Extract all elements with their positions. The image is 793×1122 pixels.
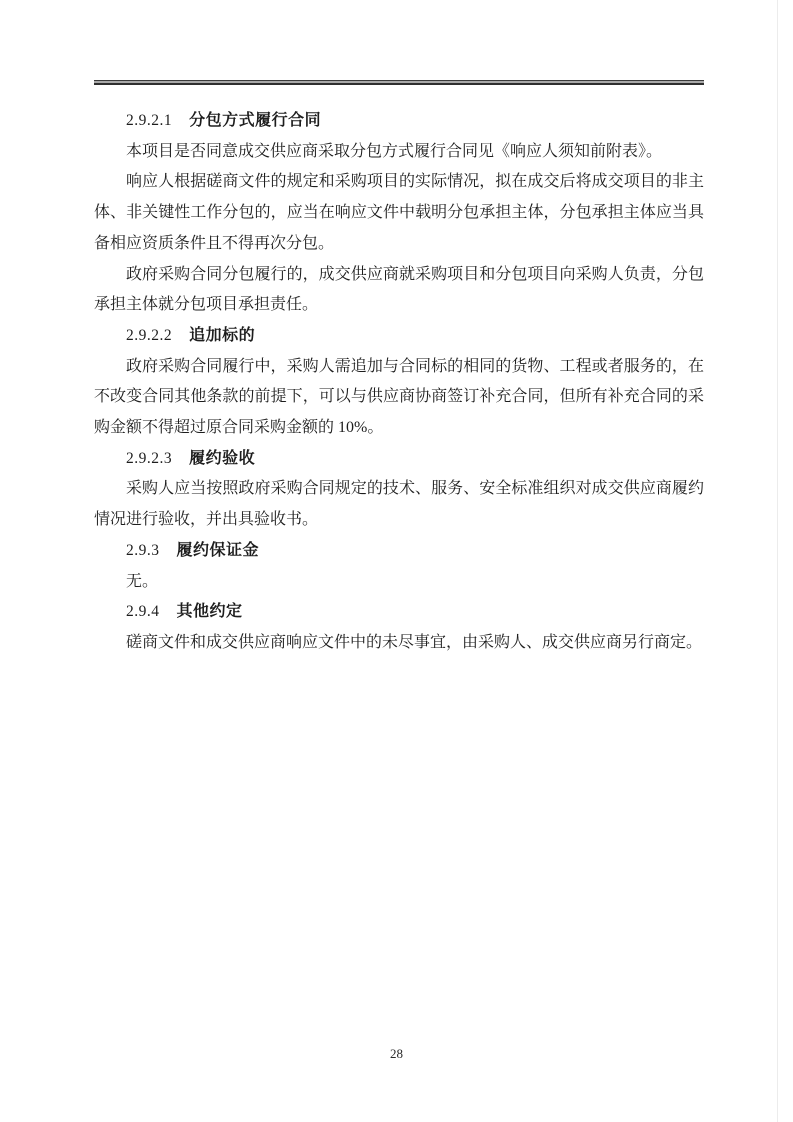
page-number: 28 xyxy=(0,1046,793,1062)
section-number: 2.9.2.2 xyxy=(126,327,172,344)
header-divider-rule xyxy=(94,80,704,85)
section-title: 追加标的 xyxy=(189,327,255,344)
document-body: 2.9.2.1分包方式履行合同 本项目是否同意成交供应商采取分包方式履行合同见《… xyxy=(94,106,704,659)
paragraph: 采购人应当按照政府采购合同规定的技术、服务、安全标准组织对成交供应商履约情况进行… xyxy=(94,474,704,535)
section-title: 履约验收 xyxy=(189,450,255,467)
section-number: 2.9.2.1 xyxy=(126,112,172,129)
section-heading-2-9-4: 2.9.4其他约定 xyxy=(94,597,704,628)
paragraph: 磋商文件和成交供应商响应文件中的未尽事宜，由采购人、成交供应商另行商定。 xyxy=(94,628,704,659)
paragraph: 本项目是否同意成交供应商采取分包方式履行合同见《响应人须知前附表》。 xyxy=(94,137,704,168)
section-title: 履约保证金 xyxy=(177,542,260,559)
paragraph: 政府采购合同分包履行的，成交供应商就采购项目和分包项目向采购人负责，分包承担主体… xyxy=(94,260,704,321)
paragraph: 政府采购合同履行中，采购人需追加与合同标的相同的货物、工程或者服务的，在不改变合… xyxy=(94,352,704,444)
section-title: 其他约定 xyxy=(177,603,243,620)
section-heading-2-9-2-3: 2.9.2.3履约验收 xyxy=(94,444,704,475)
section-number: 2.9.2.3 xyxy=(126,450,172,467)
scan-artifact-line xyxy=(777,0,778,1122)
section-heading-2-9-2-1: 2.9.2.1分包方式履行合同 xyxy=(94,106,704,137)
section-number: 2.9.4 xyxy=(126,603,160,620)
paragraph: 无。 xyxy=(94,567,704,598)
section-heading-2-9-2-2: 2.9.2.2追加标的 xyxy=(94,321,704,352)
section-heading-2-9-3: 2.9.3履约保证金 xyxy=(94,536,704,567)
paragraph: 响应人根据磋商文件的规定和采购项目的实际情况，拟在成交后将成交项目的非主体、非关… xyxy=(94,167,704,259)
document-page: 2.9.2.1分包方式履行合同 本项目是否同意成交供应商采取分包方式履行合同见《… xyxy=(0,0,793,1122)
section-number: 2.9.3 xyxy=(126,542,160,559)
section-title: 分包方式履行合同 xyxy=(189,112,321,129)
